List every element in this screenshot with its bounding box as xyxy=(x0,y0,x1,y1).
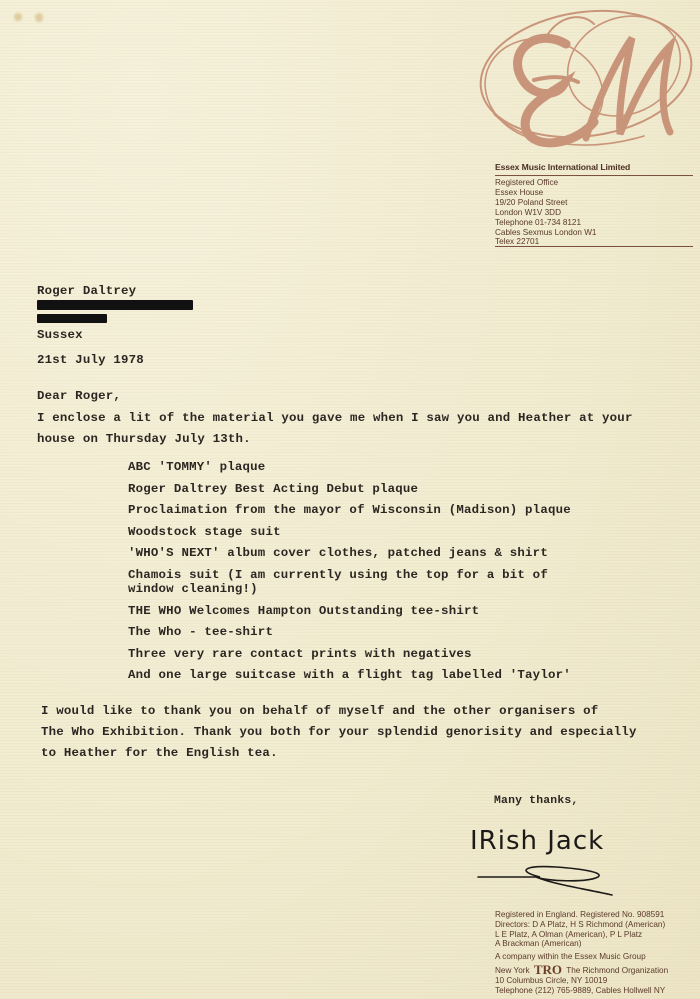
list-item: 'WHO'S NEXT' album cover clothes, patche… xyxy=(128,546,571,568)
list-item: And one large suitcase with a flight tag… xyxy=(128,668,571,690)
footer-line: Directors: D A Platz, H S Richmond (Amer… xyxy=(495,920,668,930)
list-item: Woodstock stage suit xyxy=(128,525,571,547)
list-item: THE WHO Welcomes Hampton Outstanding tee… xyxy=(128,604,571,626)
registered-office-address: Registered Office Essex House 19/20 Pola… xyxy=(495,178,597,247)
office-line: 19/20 Poland Street xyxy=(495,198,597,208)
letterhead-divider xyxy=(495,175,693,176)
footer-address: 10 Columbus Circle, NY 10019 xyxy=(495,976,668,986)
closing-line: The Who Exhibition. Thank you both for y… xyxy=(41,725,637,739)
intro-line: house on Thursday July 13th. xyxy=(37,432,251,446)
signoff: Many thanks, xyxy=(494,795,578,807)
office-line: Telephone 01-734 8121 xyxy=(495,218,597,228)
paper-stain xyxy=(14,13,22,21)
list-item: Chamois suit (I am currently using the t… xyxy=(128,568,571,604)
footer-line: L E Platz, A Olman (American), P L Platz xyxy=(495,930,668,940)
salutation: Dear Roger, xyxy=(37,389,121,403)
signature-flourish xyxy=(476,865,622,899)
registration-footer: Registered in England. Registered No. 90… xyxy=(495,910,668,995)
letterhead-divider xyxy=(495,246,693,247)
footer-tro-line: New York TRO The Richmond Organization xyxy=(495,965,668,976)
list-item: Proclaimation from the mayor of Wisconsi… xyxy=(128,503,571,525)
em-monogram-logo xyxy=(474,4,698,160)
footer-contact: Telephone (212) 765-9889, Cables Hollwel… xyxy=(495,986,668,996)
tro-suffix: The Richmond Organization xyxy=(566,966,668,975)
office-line: Cables Sexmus London W1 xyxy=(495,228,597,238)
closing-line: to Heather for the English tea. xyxy=(41,746,278,760)
office-line: London W1V 3DD xyxy=(495,208,597,218)
list-item: ABC 'TOMMY' plaque xyxy=(128,460,571,482)
closing-line: I would like to thank you on behalf of m… xyxy=(41,704,598,718)
list-item: Roger Daltrey Best Acting Debut plaque xyxy=(128,482,571,504)
footer-group: A company within the Essex Music Group xyxy=(495,952,668,962)
tro-prefix: New York xyxy=(495,966,530,975)
company-name: Essex Music International Limited xyxy=(495,162,630,172)
tro-logo: TRO xyxy=(532,962,564,977)
office-line: Essex House xyxy=(495,188,597,198)
footer-line: Registered in England. Registered No. 90… xyxy=(495,910,668,920)
intro-line: I enclose a lit of the material you gave… xyxy=(37,411,633,425)
redacted-address-line xyxy=(37,300,193,310)
list-item: The Who - tee-shirt xyxy=(128,625,571,647)
footer-line: A Brackman (American) xyxy=(495,939,668,949)
redacted-address-line xyxy=(37,314,107,323)
handwritten-signature: IRish Jack xyxy=(470,826,604,856)
list-item: Three very rare contact prints with nega… xyxy=(128,647,571,669)
material-list: ABC 'TOMMY' plaque Roger Daltrey Best Ac… xyxy=(128,460,571,690)
recipient-county: Sussex xyxy=(37,328,83,342)
office-line: Registered Office xyxy=(495,178,597,188)
recipient-name: Roger Daltrey xyxy=(37,284,136,298)
paper-stain xyxy=(35,13,43,22)
letter-date: 21st July 1978 xyxy=(37,353,144,367)
